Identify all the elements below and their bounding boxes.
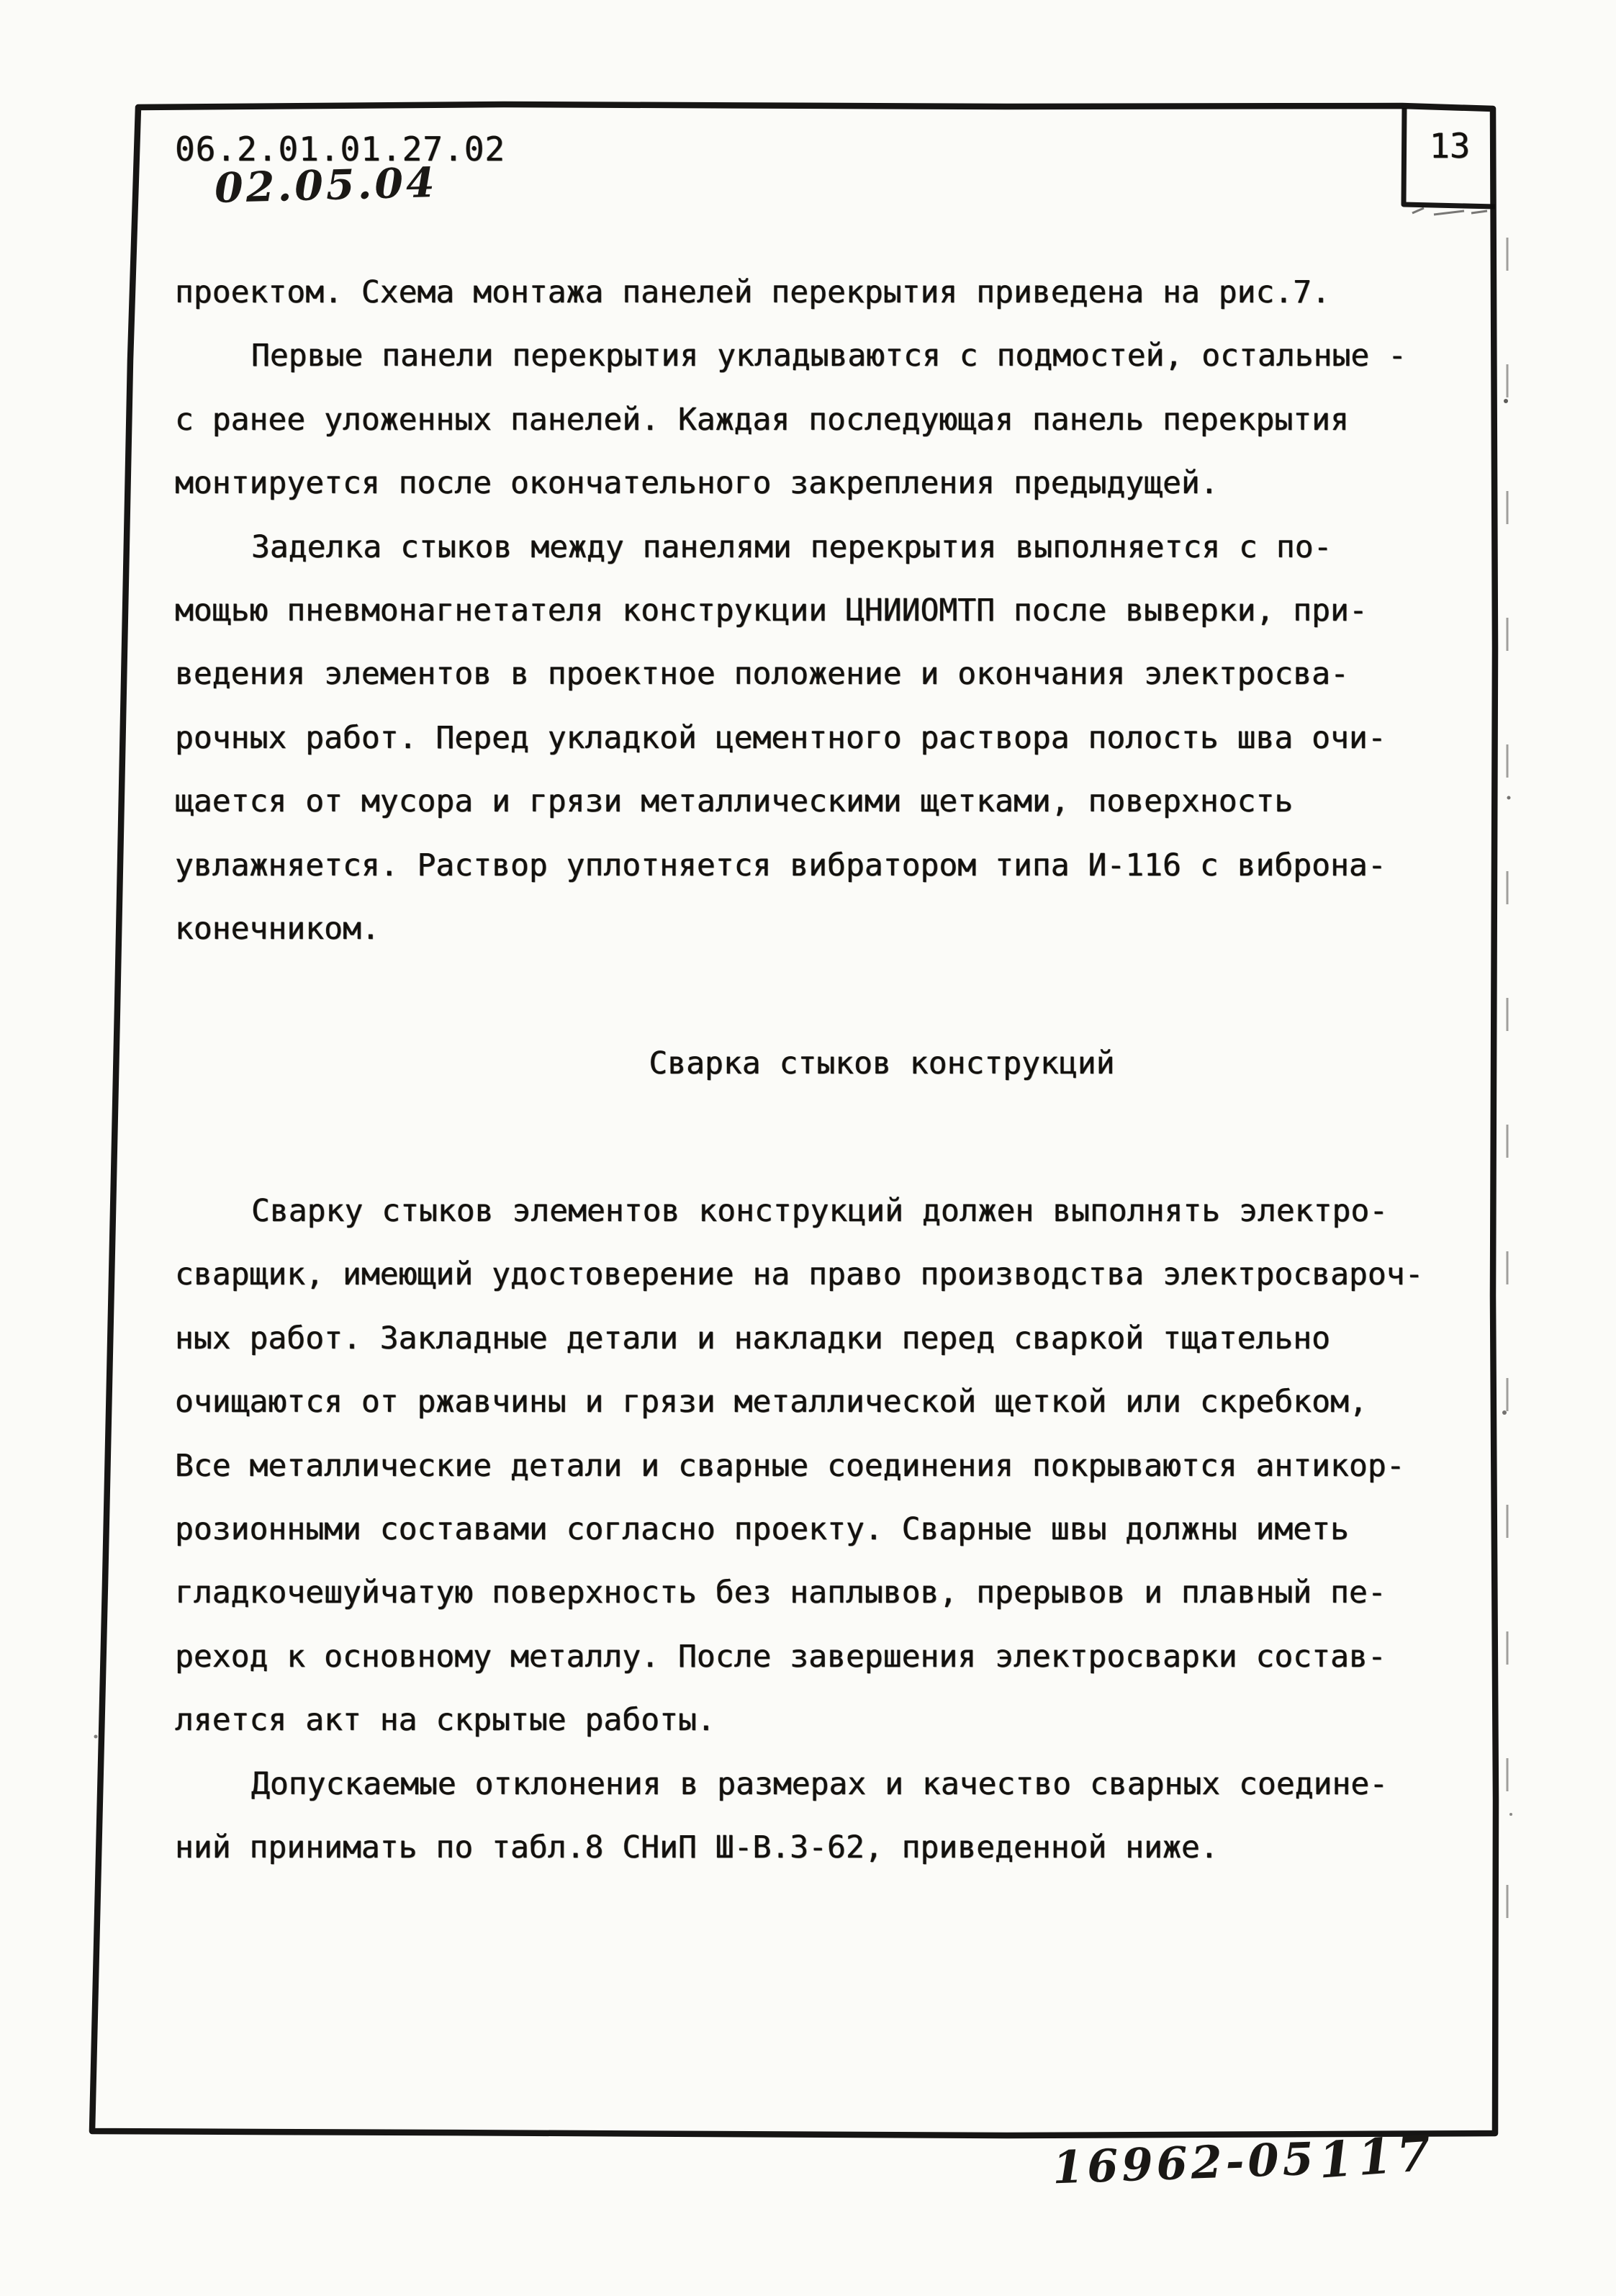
text-line: проектом. Схема монтажа панелей перекрыт… bbox=[175, 261, 1456, 324]
text-line: ных работ. Закладные детали и накладки п… bbox=[175, 1307, 1456, 1370]
text-line: ведения элементов в проектное положение … bbox=[175, 642, 1456, 706]
text-line: Заделка стыков между панелями перекрытия… bbox=[175, 516, 1456, 579]
text-line: Все металлические детали и сварные соеди… bbox=[175, 1434, 1456, 1498]
text-line: конечником. bbox=[175, 897, 1456, 960]
text-line: монтируется после окончательного закрепл… bbox=[175, 451, 1456, 515]
text-line: реход к основному металлу. После заверше… bbox=[175, 1625, 1456, 1688]
text-line: Первые панели перекрытия укладываются с … bbox=[175, 324, 1456, 387]
scan-smudge bbox=[1412, 208, 1487, 215]
section-heading: Сварка стыков конструкций bbox=[241, 1032, 1522, 1095]
text-line: ний принимать по табл.8 СНиП Ш-В.3-62, п… bbox=[175, 1816, 1456, 1879]
text-line: розионными составами согласно проекту. С… bbox=[175, 1498, 1456, 1561]
text-line: мощью пневмонагнетателя конструкции ЦНИИ… bbox=[175, 579, 1456, 642]
text-line: щается от мусора и грязи металлическими … bbox=[175, 770, 1456, 833]
handwritten-page-number: 117 bbox=[1317, 2124, 1437, 2189]
document-body: проектом. Схема монтажа панелей перекрыт… bbox=[175, 261, 1456, 1879]
scan-speck bbox=[1507, 796, 1511, 800]
scan-speck bbox=[1509, 1813, 1512, 1816]
scan-speck bbox=[1502, 1410, 1507, 1415]
text-line: Сварку стыков элементов конструкций долж… bbox=[175, 1179, 1456, 1243]
text-line: Допускаемые отклонения в размерах и каче… bbox=[175, 1752, 1456, 1816]
scan-speck bbox=[1504, 399, 1508, 403]
text-line: гладкочешуйчатую поверхность без наплыво… bbox=[175, 1561, 1456, 1624]
scan-speck bbox=[94, 1735, 98, 1739]
text-line: ляется акт на скрытые работы. bbox=[175, 1688, 1456, 1752]
text-line: увлажняется. Раствор уплотняется вибрато… bbox=[175, 834, 1456, 897]
scanned-document-page: 06.2.01.01.27.02 02.05.04 13 проектом. С… bbox=[0, 0, 1616, 2296]
text-line: с ранее уложенных панелей. Каждая послед… bbox=[175, 388, 1456, 451]
text-line: сварщик, имеющий удостоверение на право … bbox=[175, 1243, 1456, 1306]
handwritten-revision-code: 02.05.04 bbox=[214, 158, 438, 212]
page-number: 13 bbox=[1404, 127, 1496, 166]
handwritten-order-code: 16962-05 bbox=[1052, 2133, 1318, 2194]
text-line: рочных работ. Перед укладкой цементного … bbox=[175, 706, 1456, 770]
text-line: очищаются от ржавчины и грязи металличес… bbox=[175, 1370, 1456, 1433]
